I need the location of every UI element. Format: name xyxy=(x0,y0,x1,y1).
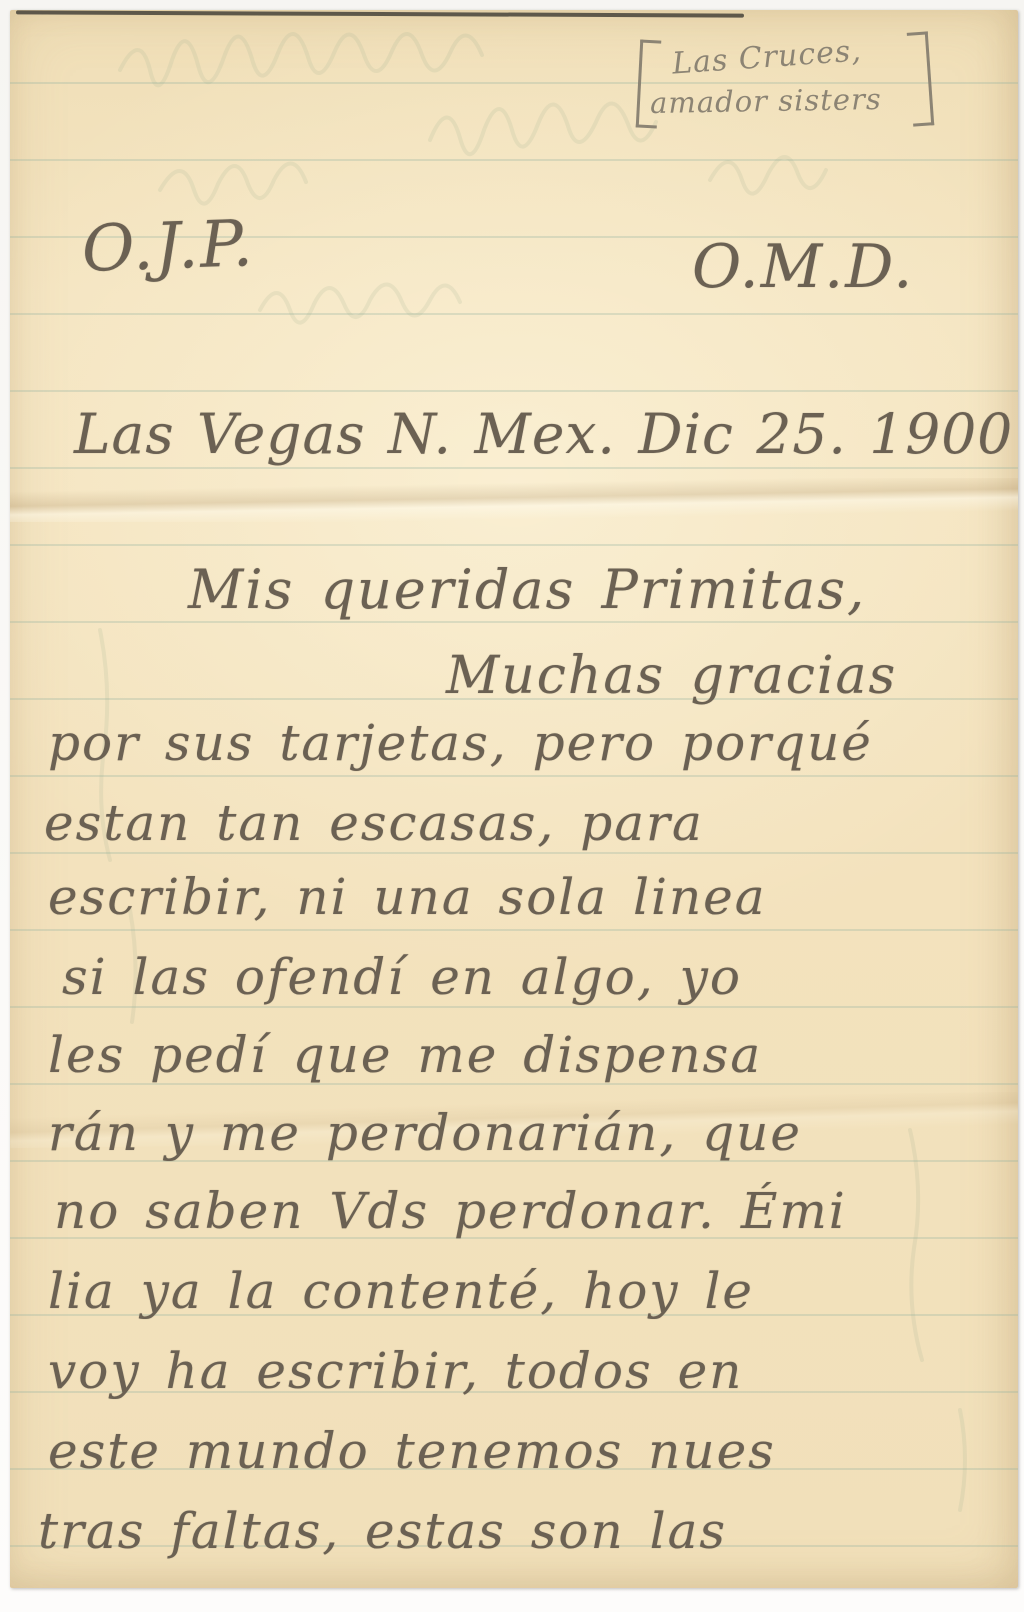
letter-line: tras faltas, estas son las xyxy=(38,1502,727,1560)
scan-background: Las Cruces, amador sisters O.J.P. O.M.D.… xyxy=(0,0,1024,1612)
letter-line: por sus tarjetas, pero porqué xyxy=(48,714,873,772)
salutation: Mis queridas Primitas, xyxy=(188,558,866,621)
paper-top-edge-shadow xyxy=(16,10,744,17)
letter-line: si las ofendí en algo, yo xyxy=(62,948,742,1006)
letter-line: voy ha escribir, todos en xyxy=(48,1342,743,1400)
letter-line: lia ya la contenté, hoy le xyxy=(48,1262,754,1320)
annotation-subject: amador sisters xyxy=(650,82,882,120)
opening-phrase: Muchas gracias xyxy=(446,646,897,706)
letter-line: no saben Vds perdonar. Émi xyxy=(54,1182,847,1240)
letter-line: les pedí que me dispensa xyxy=(48,1026,762,1084)
dateline: Las Vegas N. Mex. Dic 25. 1900 xyxy=(74,402,1013,466)
annotation-place: Las Cruces, xyxy=(671,33,863,81)
letter-line: estan tan escasas, para xyxy=(44,794,704,852)
fold-crease-upper xyxy=(10,478,1018,522)
sender-initials-right: O.M.D. xyxy=(692,232,914,302)
letter-line: rán y me perdonarián, que xyxy=(48,1104,802,1162)
paper-sheet: Las Cruces, amador sisters O.J.P. O.M.D.… xyxy=(10,10,1018,1588)
right-bracket-icon xyxy=(907,31,935,126)
letter-line: este mundo tenemos nues xyxy=(48,1422,776,1480)
letter-line: escribir, ni una sola linea xyxy=(48,868,767,926)
sender-initials-left: O.J.P. xyxy=(81,207,256,287)
